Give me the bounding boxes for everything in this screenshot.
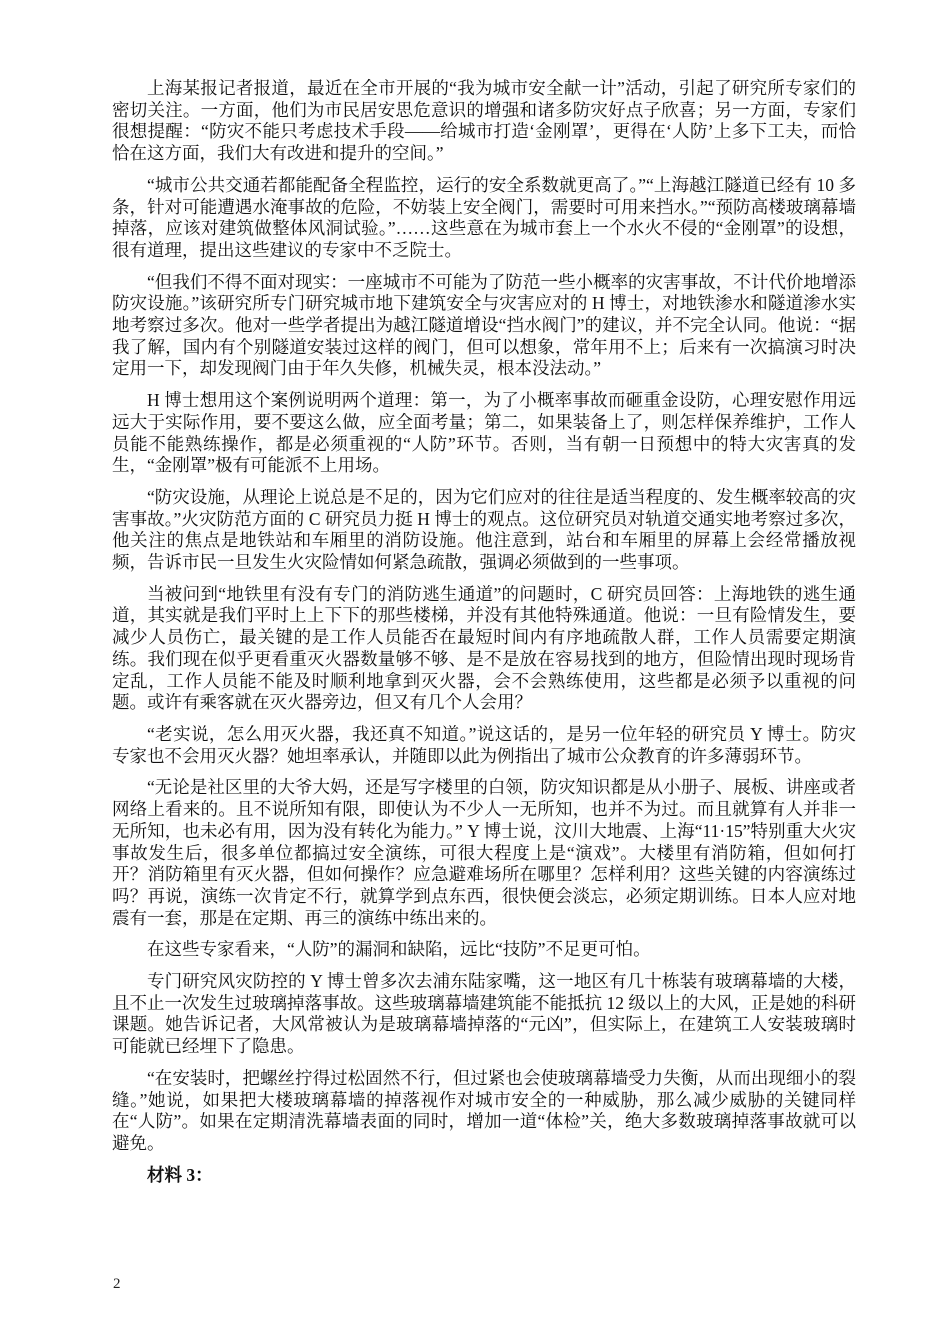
document-page: 上海某报记者报道，最近在全市开展的“我为城市安全献一计”活动，引起了研究所专家们… (0, 0, 950, 1344)
document-body: 上海某报记者报道，最近在全市开展的“我为城市安全献一计”活动，引起了研究所专家们… (112, 78, 856, 1196)
paragraph-8: “无论是社区里的大爷大妈，还是写字楼里的白领，防灾知识都是从小册子、展板、讲座或… (112, 777, 856, 929)
paragraph-7: “老实说，怎么用灭火器，我还真不知道。”说这话的，是另一位年轻的研究员 Y 博士… (112, 724, 856, 767)
paragraph-1: 上海某报记者报道，最近在全市开展的“我为城市安全献一计”活动，引起了研究所专家们… (112, 78, 856, 165)
paragraph-4: H 博士想用这个案例说明两个道理：第一，为了小概率事故而砸重金设防，心理安慰作用… (112, 390, 856, 477)
page-number: 2 (113, 1276, 121, 1293)
section-heading-material-3: 材料 3： (112, 1165, 856, 1187)
paragraph-2: “城市公共交通若都能配备全程监控，运行的安全系数就更高了。”“上海越江隧道已经有… (112, 175, 856, 262)
paragraph-11: “在安装时，把螺丝拧得过松固然不行，但过紧也会使玻璃幕墙受力失衡，从而出现细小的… (112, 1068, 856, 1155)
paragraph-10: 专门研究风灾防控的 Y 博士曾多次去浦东陆家嘴，这一地区有几十栋装有玻璃幕墙的大… (112, 971, 856, 1058)
paragraph-3: “但我们不得不面对现实：一座城市不可能为了防范一些小概率的灾害事故，不计代价地增… (112, 272, 856, 381)
paragraph-5: “防灾设施，从理论上说总是不足的，因为它们应对的往往是适当程度的、发生概率较高的… (112, 487, 856, 574)
paragraph-6: 当被问到“地铁里有没有专门的消防逃生通道”的问题时，C 研究员回答：上海地铁的逃… (112, 584, 856, 714)
paragraph-9: 在这些专家看来，“人防”的漏洞和缺陷，远比“技防”不足更可怕。 (112, 939, 856, 961)
